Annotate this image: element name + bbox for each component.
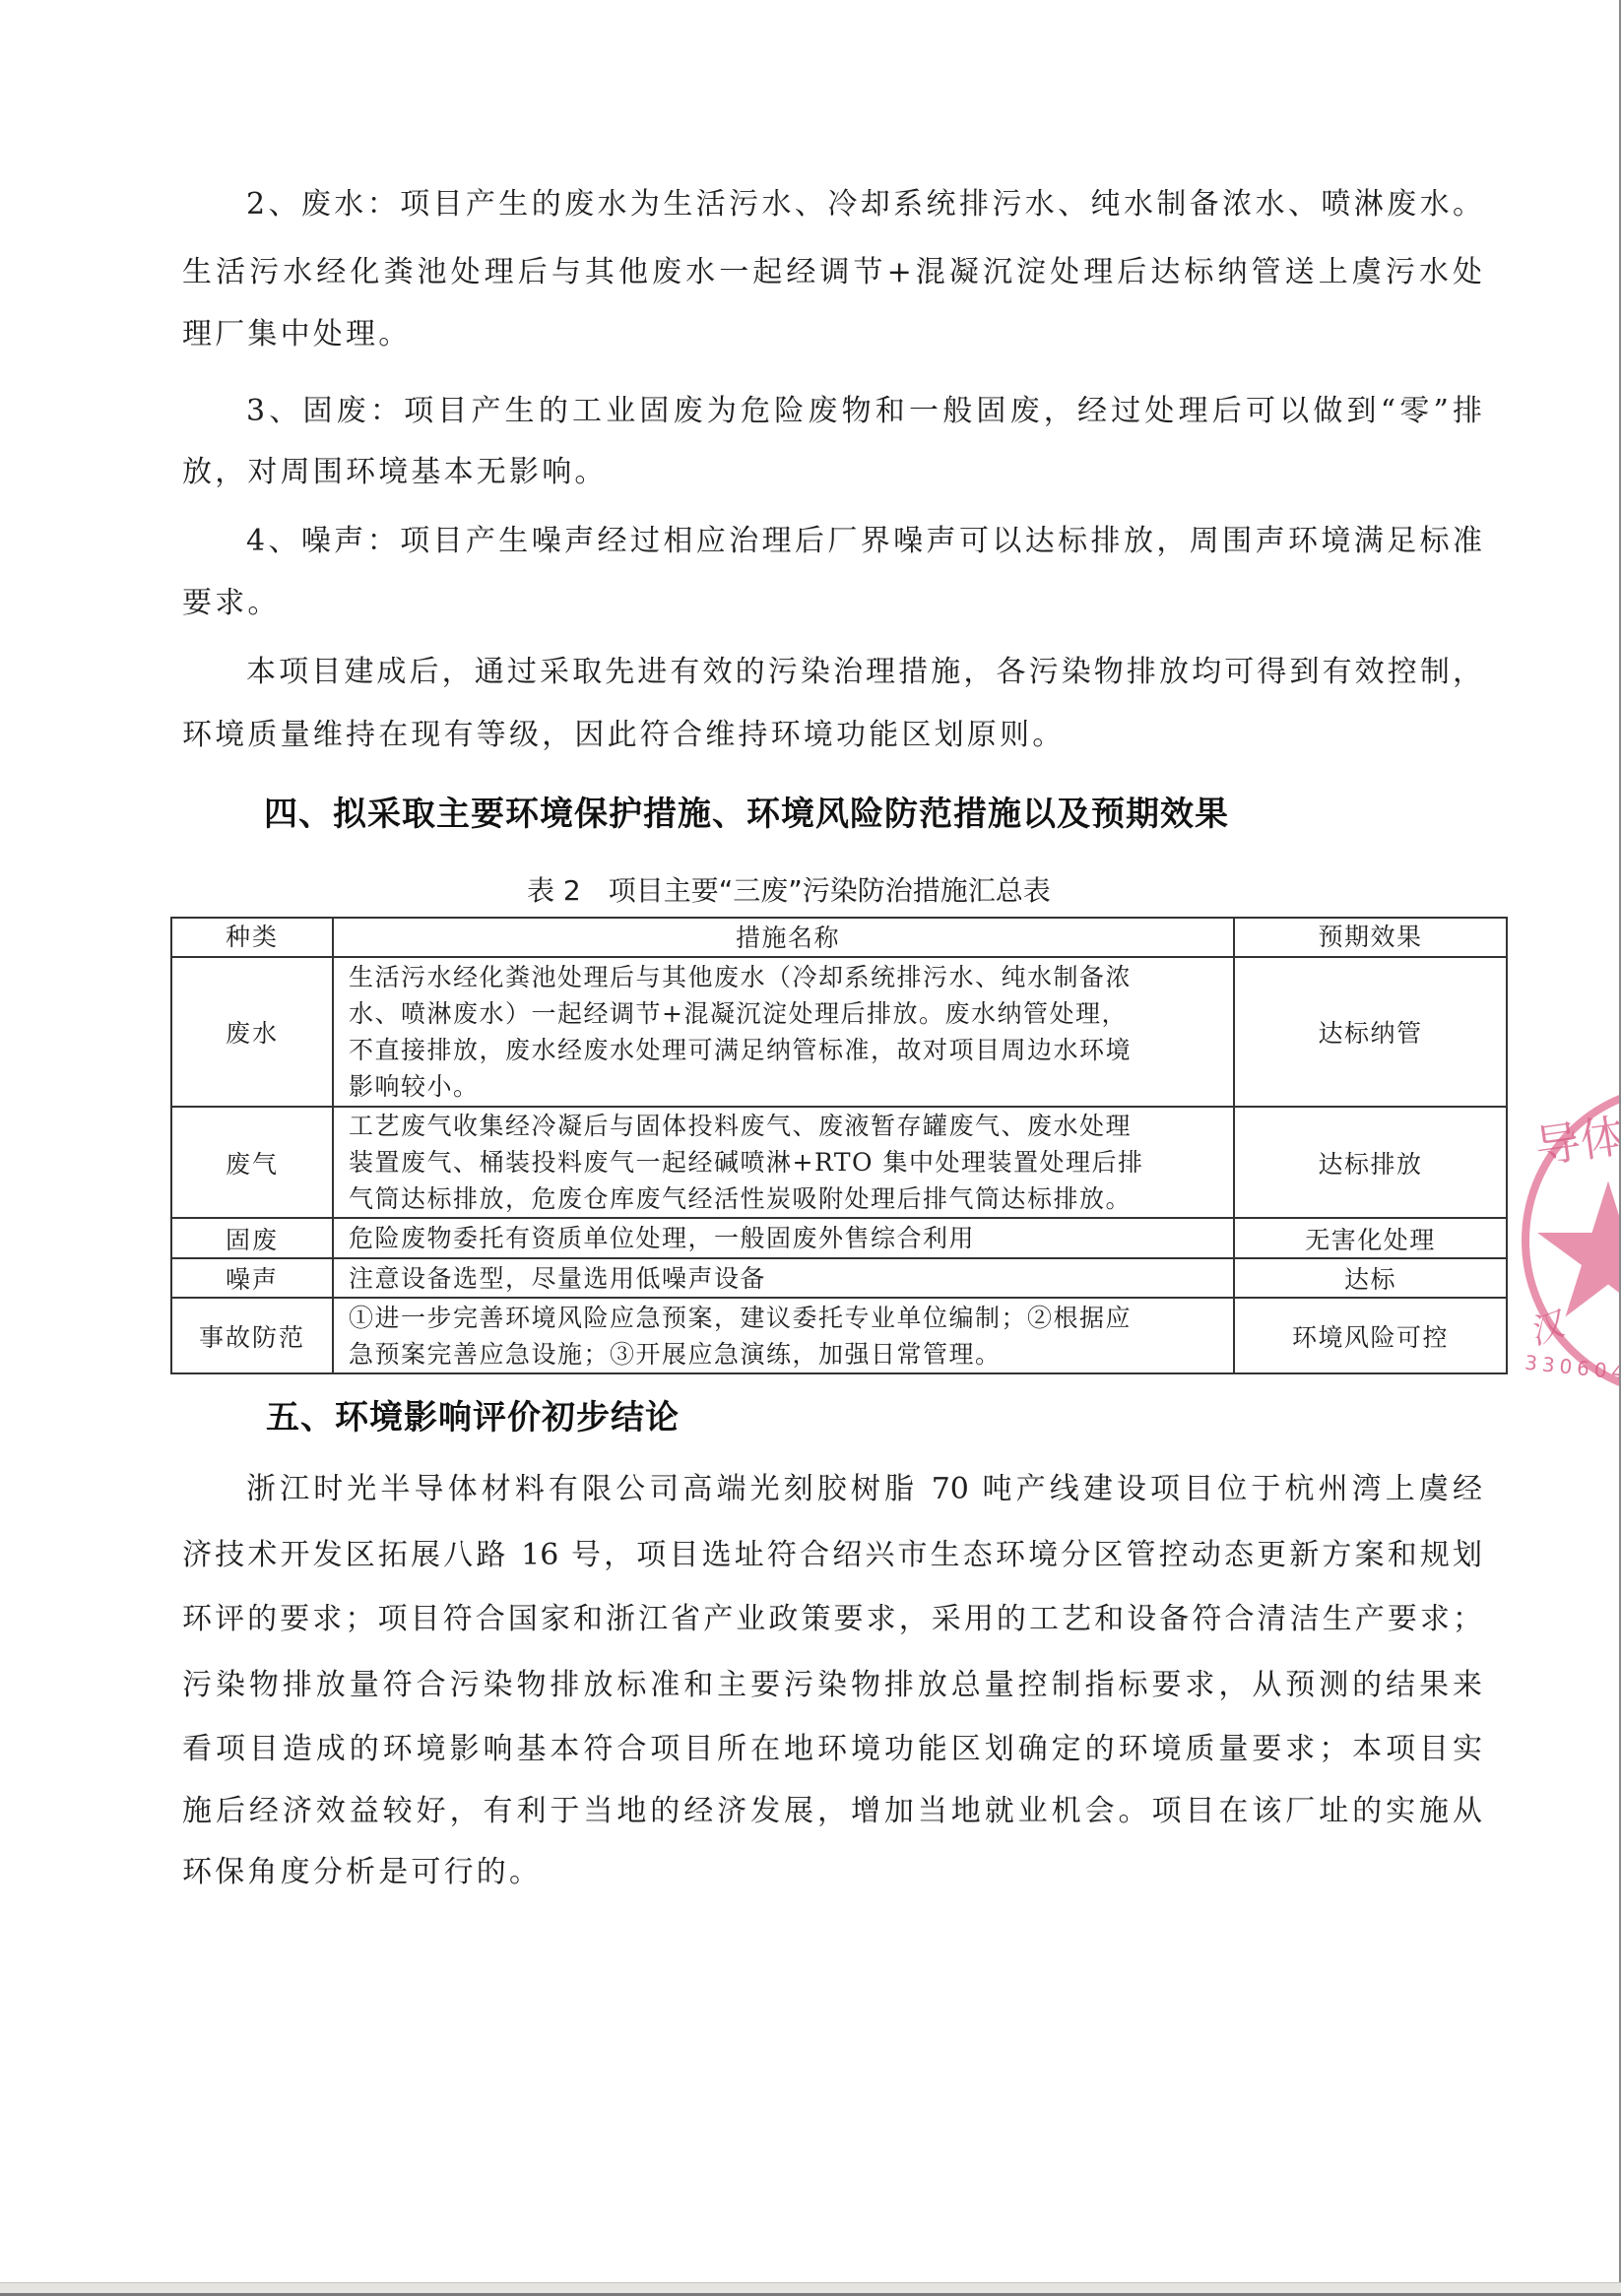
row-effect: 达标纳管 xyxy=(1234,957,1507,1107)
conclusion-line-1: 浙江时光半导体材料有限公司高端光刻胶树脂 70 吨产线建设项目位于杭州湾上虞经 xyxy=(246,1470,1482,1509)
row-type: 废水 xyxy=(171,957,333,1107)
row-type: 废气 xyxy=(171,1107,333,1218)
table-row: 事故防范 ①进一步完善环境风险应急预案，建议委托专业单位编制；②根据应 急预案完… xyxy=(171,1298,1507,1373)
row-measure: 危险废物委托有资质单位处理，一般固废外售综合利用 xyxy=(333,1218,1234,1258)
paragraph-summary-line-1: 本项目建成后，通过采取先进有效的污染治理措施，各污染物排放均可得到有效控制， xyxy=(246,653,1482,692)
paragraph-wastewater-line-2: 生活污水经化粪池处理后与其他废水一起经调节+混凝沉淀处理后达标纳管送上虞污水处 xyxy=(182,253,1482,292)
row-measure: 工艺废气收集经冷凝后与固体投料废气、废液暂存罐废气、废水处理 装置废气、桶装投料… xyxy=(333,1107,1234,1218)
header-measure: 措施名称 xyxy=(333,918,1234,957)
row-effect: 达标排放 xyxy=(1234,1107,1507,1218)
paragraph-wastewater-line-1: 2、废水：项目产生的废水为生活污水、冷却系统排污水、纯水制备浓水、喷淋废水。 xyxy=(246,185,1482,224)
pollution-measures-table: 种类 措施名称 预期效果 废水 生活污水经化粪池处理后与其他废水（冷却系统排污水… xyxy=(170,917,1508,1374)
table-row: 固废 危险废物委托有资质单位处理，一般固废外售综合利用 无害化处理 xyxy=(171,1218,1507,1258)
row-measure: ①进一步完善环境风险应急预案，建议委托专业单位编制；②根据应 急预案完善应急设施… xyxy=(333,1298,1234,1373)
measure-line: 注意设备选型，尽量选用低噪声设备 xyxy=(349,1260,1227,1297)
seal-number: 3306041 xyxy=(1524,1351,1621,1387)
paragraph-noise-line-1: 4、噪声：项目产生噪声经过相应治理后厂界噪声可以达标排放，周围声环境满足标准 xyxy=(246,522,1482,561)
section-4-heading: 四、拟采取主要环境保护措施、环境风险防范措施以及预期效果 xyxy=(264,793,1229,836)
paragraph-summary-line-2: 环境质量维持在现有等级，因此符合维持环境功能区划原则。 xyxy=(182,716,1482,755)
table-2-caption: 表 2 项目主要“三废”污染防治措施汇总表 xyxy=(527,872,1051,910)
conclusion-line-2: 济技术开发区拓展八路 16 号，项目选址符合绍兴市生态环境分区管控动态更新方案和… xyxy=(182,1536,1482,1575)
table-row: 废气 工艺废气收集经冷凝后与固体投料废气、废液暂存罐废气、废水处理 装置废气、桶… xyxy=(171,1107,1507,1218)
header-effect: 预期效果 xyxy=(1234,918,1507,957)
measure-line: 急预案完善应急设施；③开展应急演练，加强日常管理。 xyxy=(349,1336,1227,1372)
header-type: 种类 xyxy=(171,918,333,957)
measure-line: ①进一步完善环境风险应急预案，建议委托专业单位编制；②根据应 xyxy=(349,1300,1227,1336)
seal-text: 导体材 xyxy=(1530,1094,1621,1178)
conclusion-line-4: 污染物排放量符合污染物排放标准和主要污染物排放总量控制指标要求，从预测的结果来 xyxy=(182,1666,1482,1705)
paragraph-solid-waste-line-2: 放，对周围环境基本无影响。 xyxy=(182,453,1482,492)
row-effect: 达标 xyxy=(1234,1258,1507,1298)
table-row: 噪声 注意设备选型，尽量选用低噪声设备 达标 xyxy=(171,1258,1507,1298)
measure-line: 工艺废气收集经冷凝后与固体投料废气、废液暂存罐废气、废水处理 xyxy=(349,1108,1227,1144)
table-row: 废水 生活污水经化粪池处理后与其他废水（冷却系统排污水、纯水制备浓 水、喷淋废水… xyxy=(171,957,1507,1107)
conclusion-line-6: 施后经济效益较好，有利于当地的经济发展，增加当地就业机会。项目在该厂址的实施从 xyxy=(182,1792,1482,1831)
row-effect: 环境风险可控 xyxy=(1234,1298,1507,1373)
row-type: 事故防范 xyxy=(171,1298,333,1373)
measure-line: 影响较小。 xyxy=(349,1068,1227,1105)
conclusion-line-5: 看项目造成的环境影响基本符合项目所在地环境功能区划确定的环境质量要求；本项目实 xyxy=(182,1730,1482,1769)
measure-line: 气筒达标排放，危废仓库废气经活性炭吸附处理后排气筒达标排放。 xyxy=(349,1180,1227,1217)
row-effect: 无害化处理 xyxy=(1234,1218,1507,1258)
measure-line: 水、喷淋废水）一起经调节+混凝沉淀处理后排放。废水纳管处理， xyxy=(349,995,1227,1032)
measure-line: 装置废气、桶装投料废气一起经碱喷淋+RTO 集中处理装置处理后排 xyxy=(349,1144,1227,1180)
conclusion-line-3: 环评的要求；项目符合国家和浙江省产业政策要求，采用的工艺和设备符合清洁生产要求； xyxy=(182,1600,1482,1639)
row-measure: 生活污水经化粪池处理后与其他废水（冷却系统排污水、纯水制备浓 水、喷淋废水）一起… xyxy=(333,957,1234,1107)
paragraph-solid-waste-line-1: 3、固废：项目产生的工业固废为危险废物和一般固废，经过处理后可以做到“零”排 xyxy=(246,392,1482,431)
row-type: 固废 xyxy=(171,1218,333,1258)
measure-line: 危险废物委托有资质单位处理，一般固废外售综合利用 xyxy=(349,1220,1227,1256)
measure-line: 不直接排放，废水经废水处理可满足纳管标准，故对项目周边水环境 xyxy=(349,1032,1227,1068)
table-header-row: 种类 措施名称 预期效果 xyxy=(171,918,1507,957)
row-type: 噪声 xyxy=(171,1258,333,1298)
measure-line: 生活污水经化粪池处理后与其他废水（冷却系统排污水、纯水制备浓 xyxy=(349,959,1227,995)
paragraph-wastewater-line-3: 理厂集中处理。 xyxy=(182,315,1482,354)
paragraph-noise-line-2: 要求。 xyxy=(182,584,1482,623)
section-5-heading: 五、环境影响评价初步结论 xyxy=(266,1396,680,1439)
row-measure: 注意设备选型，尽量选用低噪声设备 xyxy=(333,1258,1234,1298)
conclusion-line-7: 环保角度分析是可行的。 xyxy=(182,1853,1482,1892)
